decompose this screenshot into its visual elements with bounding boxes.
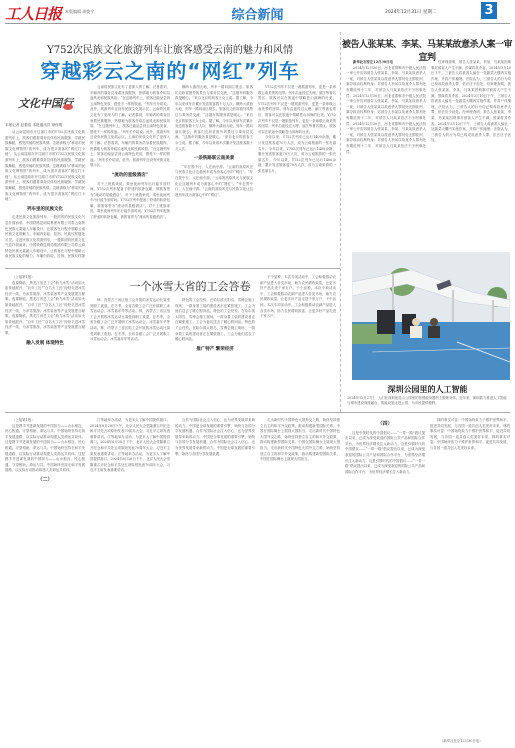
park-ai-photo <box>352 252 510 380</box>
paragraph: 江等地举办活动，为更多人了解中国提供窗口。2024年6月28日下午，北京人民大会… <box>90 418 170 474</box>
paragraph: 云南的民族文化有了更深入的了解。记者看到，车厢内的乘务员身着民族服饰，热情地为旅… <box>90 85 170 169</box>
lead-column-3: 横跨大滇西大地，列车一路向丽江驶去。旅客们边欣赏窗外风景边与乘务员交流，“这趟车… <box>175 85 253 260</box>
paragraph: 经审理查明，被告人张某某、李某、马某某因琐事对被害人产生不满，预谋将其杀害。20… <box>431 60 511 144</box>
issue-date: 2024年12月31日 星期二 <box>385 9 436 15</box>
brand-seal-icon <box>63 104 73 110</box>
lead-subhead-3: 一条铁路联云南美景 <box>175 156 253 162</box>
lower-column-3: 合作为国际社会注入信心，也为世界发展带来新的动力。中国是全球发展的重要引擎，始终… <box>175 418 255 738</box>
paragraph: 夜幕降临，黑龙江省总工会“助力冰雪”活动如火如荼地展开。“百年工匠”“百名大工匠… <box>5 281 85 337</box>
lower-column-6: 林的事实可鉴：中国始终致力于维护世界和平、促进共同发展，与各国一道共创人类美好未… <box>430 418 510 736</box>
paragraph: 特色的工会经验。在哈尔滨太阳岛，雪博会施工现场，一群身着工装的建设者正在紧张施工… <box>175 298 255 343</box>
paragraph: 于个品种。本次专项活动中，工会积极推动农副产品进入各类市场，助力农民增收致富，让… <box>260 275 336 320</box>
paragraph: 这是引领时代的中国倡议——“一带一路”倡议提出以来，已成为深受欢迎的国际公共产品… <box>345 431 425 476</box>
lower-column-4: 走出新时代中国特色大国外交之路，始终坚持独立自主的和平外交政策，推动构建新型国际… <box>260 418 340 738</box>
end-note: （新华社北京12月30日电） <box>440 738 483 743</box>
court-story-column-2: 经审理查明，被告人张某某、李某、马某某因琐事对被害人产生不满，预谋将其杀害。20… <box>431 60 511 245</box>
page-number-badge: 3 <box>481 2 497 19</box>
section-marker: （二） <box>5 478 85 484</box>
lead-column-1: 从云南昆明市开往丽江市的Y752次民族文化旅游列车上，旅客们跟着乘务员体验民族服… <box>5 130 85 260</box>
paragraph: 合作为国际社会注入信心，也为世界发展带来新的动力。中国是全球发展的重要引擎，始终… <box>175 418 255 457</box>
union-subhead-2: 推广特产 繁荣经济 <box>175 347 255 353</box>
masthead-divider <box>5 23 510 24</box>
photo-caption: 2024年12月27日，人们在深圳莲花山公园里的智慧健身器材上锻炼身体。近年来，… <box>347 396 510 406</box>
court-story-column-1: 新华社石家庄12月30日电 2024年12月30日，河北省邯郸市中级人民法院一审… <box>346 60 426 245</box>
union-subhead-1: 融入发展 体现特色 <box>5 341 85 347</box>
union-column-4: 于个品种。本次专项活动中，工会积极推动农副产品进入各类市场，助力农民增收致富，让… <box>260 275 336 405</box>
lead-column-4: Y752次列车不仅是一趟旅游列车，更是一条串联云南美景的纽带。列车沿途经过大理、… <box>258 85 336 260</box>
union-column-2: 林，内蒙古三省区组工会开展的冰雪运动比赛受到职工欢迎。在冬季，全省各级工会广泛开… <box>90 298 170 405</box>
union-column-1: （上接第1版） 夜幕降临，黑龙江省总工会“助力冰雪”活动如火如荼地展开。“百年工… <box>5 275 85 405</box>
paragraph: 走进民族文化旅游列车，一股浓浓的民族文化气息扑面而来。中国铁路昆明局集团有限公司… <box>5 215 85 260</box>
paragraph: 林的事实可鉴：中国始终致力于维护世界和平、促进共同发展，与各国一道共创人类美好未… <box>430 418 510 452</box>
paragraph: 林，内蒙古三省区组工会开展的冰雪运动比赛受到职工欢迎。在冬季，全省各级工会广泛开… <box>90 298 170 343</box>
paragraph: “车在景中行，人在画中游。”云南的高原风光与民族文化让这趟列车成为游客心中的“网… <box>175 165 253 199</box>
lower-column-5: （四） 这是引领时代的中国倡议——“一带一路”倡议提出以来，已成为深受欢迎的国际… <box>345 418 425 738</box>
section-divider <box>5 412 510 413</box>
lower-column-1: （上接第1版） 这是携手并进谋发展的中国担当——山水相连，民心相通。守望相助，命… <box>5 418 85 738</box>
photo-illustration <box>352 252 510 380</box>
masthead: 工人日报 本版编辑 周俊宇 综合新闻 2024年12月31日 星期二 3 <box>0 0 515 24</box>
paragraph: 对于上班族来说，乘坐夜间列车出行能节省时间。Y752次列车配备了舒适的软卧包厢，… <box>90 182 170 221</box>
paragraph: Y752次列车不仅是一趟旅游列车，更是一条串联云南美景的纽带。列车沿途经过大理、… <box>258 85 336 135</box>
lead-subheadline: Y752次民族文化旅游列车让旅客感受云南的魅力和风情 <box>10 41 330 56</box>
union-column-3: 特色的工会经验。在哈尔滨太阳岛，雪博会施工现场，一群身着工装的建设者正在紧张施工… <box>175 298 255 405</box>
lead-column-2: 云南的民族文化有了更深入的了解。记者看到，车厢内的乘务员身着民族服饰，热情地为旅… <box>90 85 170 260</box>
section-marker: （四） <box>345 422 425 428</box>
lead-byline: 本报记者 赵黎浩 本报通讯员 徐梓明 <box>5 123 62 128</box>
paragraph: 2024年12月30日，河北省邯郸市中级人民法院一审公开宣判被告人张某某、李某、… <box>346 66 426 156</box>
paragraph: 今年以来，Y752次列车已运行1400余趟，累计发送旅客逾70万人次，成为云南旅… <box>258 135 336 174</box>
photo-title: 深圳公园里的人工智能 <box>340 384 515 395</box>
lead-subhead-1: 列车里的民族文化 <box>5 207 85 213</box>
column-rule <box>340 32 341 412</box>
lower-column-2: 江等地举办活动，为更多人了解中国提供窗口。2024年6月28日下午，北京人民大会… <box>90 418 170 738</box>
lead-subhead-2: “流动的星级酒店” <box>90 173 170 179</box>
lead-headline: 穿越彩云之南的“网红”列车 <box>10 55 330 84</box>
paragraph: 从云南昆明市开往丽江市的Y752次民族文化旅游列车上，旅客们跟着乘务员体验民族服… <box>5 130 85 203</box>
section-title: 综合新闻 <box>0 4 515 23</box>
paragraph: 走出新时代中国特色大国外交之路，始终坚持独立自主的和平外交政策，推动构建新型国际… <box>260 418 340 463</box>
union-story-headline: 一个冰雪大省的工会答卷 <box>115 278 265 294</box>
paragraph: 横跨大滇西大地，列车一路向丽江驶去。旅客们边欣赏窗外风景边与乘务员交流，“这趟车… <box>175 85 253 152</box>
section-divider <box>5 268 340 269</box>
paragraph: 这是携手并进谋发展的中国担当——山水相连，民心相通。守望相助，命运与共。中国始终… <box>5 424 85 474</box>
